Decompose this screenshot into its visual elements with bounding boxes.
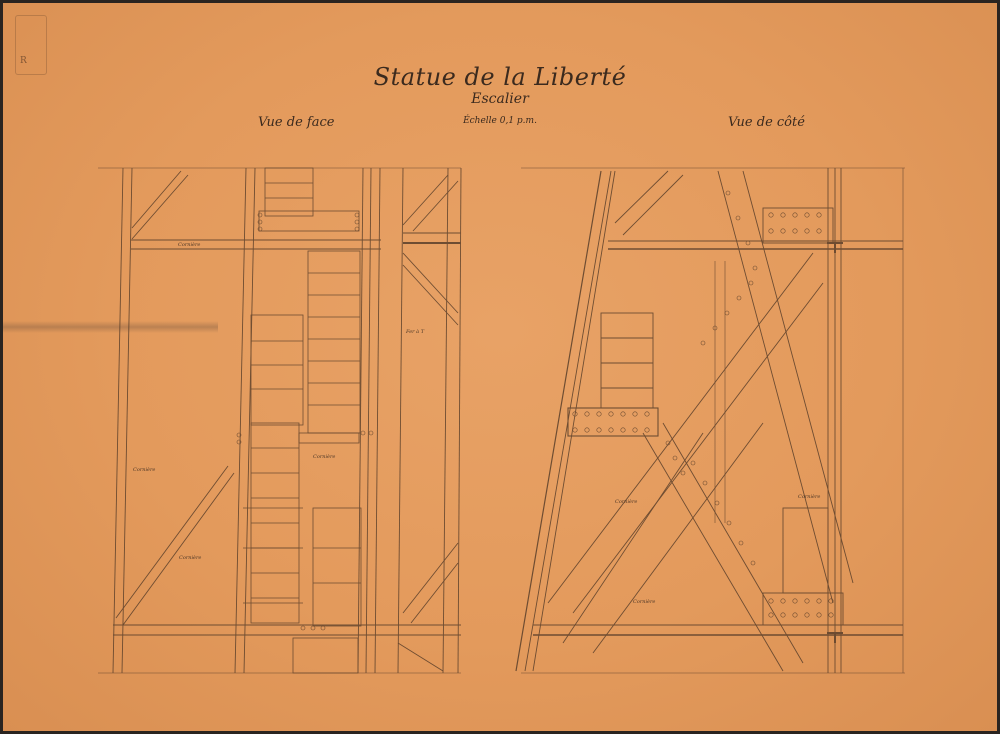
front-view bbox=[98, 168, 461, 673]
svg-text:Cornière: Cornière bbox=[615, 498, 637, 505]
svg-text:Fer à T: Fer à T bbox=[405, 328, 425, 335]
svg-text:Cornière: Cornière bbox=[133, 466, 155, 473]
svg-text:Cornière: Cornière bbox=[178, 241, 200, 248]
svg-text:Cornière: Cornière bbox=[798, 493, 820, 500]
svg-text:Cornière: Cornière bbox=[313, 453, 335, 460]
side-view bbox=[516, 168, 905, 673]
svg-text:Cornière: Cornière bbox=[633, 598, 655, 605]
svg-text:Cornière: Cornière bbox=[179, 554, 201, 561]
technical-drawing: Cornière Cornière Cornière Fer à T Corni… bbox=[3, 3, 997, 731]
drawing-sheet: R Statue de la Liberté Escalier Échelle … bbox=[3, 3, 997, 731]
